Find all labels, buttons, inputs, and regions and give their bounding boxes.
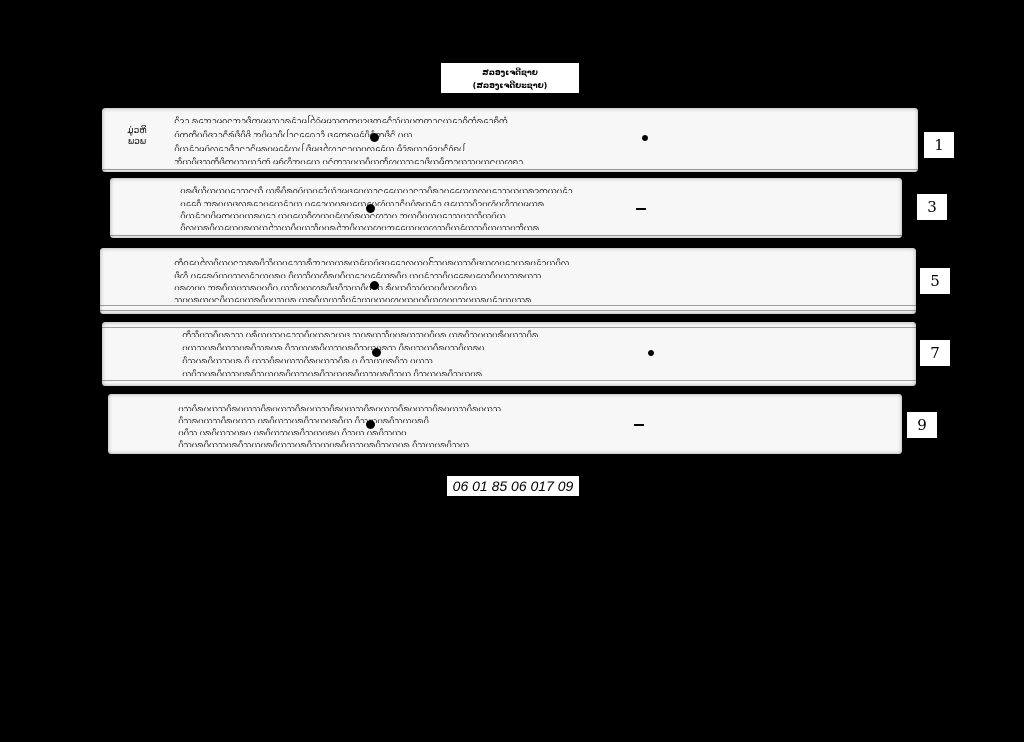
script-line: ᨷᩥᩈᩁᨷᩬᨿᩈᨷᩥᩁᨷᩬᨿᩈ ᨷᩬᩁᨷᩥᨿᩈᨷᩬᩁᨷᩥᩈᨿᩬᨷᩁᨷᩥᨿ ᨷᩥᩈ… (178, 414, 878, 423)
title-line-1: ສລອງເຈດີຊາຍ (441, 66, 579, 79)
title-line-2: (ສລອງເຈດີຍະຊາຍ) (441, 79, 579, 92)
string-hole (370, 281, 379, 290)
leaf-edge (102, 327, 916, 328)
string-hole (366, 204, 375, 213)
leaf-edge (100, 310, 916, 311)
palm-leaf-1: ມູ່ວຫິ ພວພ ᨶᩥᨯᩣ ᩁᩮᩋᩣᨾᩅᨶᩋᩣᨴᩥᨠᨾ᩠ᨾᩈᩣᩁᩮᩬᩢᩣᨾᩕ… (102, 108, 918, 172)
script-line: ᨠᩥᩈᩥᨷᩬᩈᨷᩥᨷᩁᩣᩈ ᨷᩁᩥᨿᩬᨷᩈᨷᩮᩣᩈᨷᩥᨷᩬᨿᩁᩬᩣᨿᨴ ᩈᨷᩬᩁ… (182, 328, 892, 337)
script-line: ᨷᩁᩉᨷᩬᨷ ᩋᩁᨷᩥᨿᨷᩬᩈᩁᨷᩩᨷᨷᩥᨷ ᨿᩈᩥᨷᨿᩉᩁᨷᩥᨴᩬᨷᩥᩈᨿᨷᩥ… (174, 281, 894, 290)
leaf-edge (102, 169, 918, 170)
script-line: ᨴᩥᩉᩥ ᨷᩯᩁᨷᩢᨿᨷᩈᩃᩮᩢᩣᨿᨷᩁᩬᨷ ᨷᩥᨿᩈᩥᨿᩉᩥᩁᨷᨷᩥᨿᩮᩣᨷᩯ… (174, 269, 894, 278)
script-line: ᨷᩢᨲ᩠ᨲᩥᨷ᩠ᨷᩥᨩᩪᨯᩣᨶᩥᩁᩢᨴᩥᨷᩥᨩᩬᩦ ᩋᩩᨷᩦᨾᩣᨷᩥᨸᩣᨶᩯᨵᩣ… (174, 128, 894, 137)
script-line: ᨷᩥᩈᨷᩬᩁᨷᩥᨿᩈᨷᩬᩁᨷᩥᩈᨿᩬᨷᩁᨷᩥᨿᩈᨷᩬᩁᨷᩥᩈᨿᩬᨷᩁᨷᩥᨿᩈᨷᩬ… (178, 438, 878, 447)
leaf-edge (102, 380, 916, 381)
string-hole-mark (636, 208, 646, 210)
string-hole (372, 348, 381, 357)
palm-leaf-3: ᨷᩖᩁᨴᩥᨿᩥᨿᨿᨷᩮᩣᩈᨶᨿᩥ ᨿᩁᩥᨷᩥᩬᩁᩅᨷᩢᨿᨷᩮᨯᩴᨿᩬᩢᩣᨾᨴᩮᨷ… (110, 178, 902, 238)
script-line: ᩋᩥᨿᨷᩥᨴᩈ᩠ᨲᩥᨴᩥᨠᨷᩬᩈᨿᩣᩢᨠᩢ ᨾᨧᩢᩉᩥᩋᨷᩮᨿ ᨷᩬᨶᩢᨠᩈᨷᩬ… (174, 155, 894, 164)
string-hole (648, 350, 654, 356)
string-hole (366, 420, 375, 429)
string-hole-mark (634, 424, 644, 426)
page-number-3: 3 (917, 194, 947, 220)
script-line: ᨷᩥᨿᩮᩢᩣᨾᨷᩢᩃᩮᩣᨴᩥᩣᨶᩣᩬᨶᩦᨾᩁᩪᨷᨾᩯᩴᨿᨸ ᨴᩥᨾᨴᩱᩉᩣᨶᩣᨿ… (174, 142, 894, 151)
script-line: ᨷᩥᩃᨿᩁᨷᩥᨿᩮᨿᨷᩬᩁᨿᨿᩱᩈᩬᨿᨷᩥᨷᨿᩈᩥᨷᩬᨷᩁᩱᩋᨷᩥᩬᨿᨿᩉᨷᩩᩋ… (180, 221, 890, 230)
script-line: ᨶᩥᨯᩣ ᩁᩮᩋᩣᨾᩅᨶᩋᩣᨴᩥᨠᨾ᩠ᨾᩈᩣᩁᩮᩬᩢᩣᨾᩕᩱᨵᩢᨾ᩠ᨾᩈᩩᨲ᩠ᨲ… (174, 114, 894, 123)
leaf-edge (110, 235, 902, 236)
script-line: ᨷᩬᨿᩈᨷᩬᩁᨷᩥᨿᩈᨷᩬᩁᨷᩥᩈᩁᨷᩁ ᨷᩥᩈᨿᩬᨷᩁᨷᩥᨿᩈᨷᩬᩁᨷᩥᩈᨿᩬ… (182, 341, 892, 350)
string-hole (642, 135, 648, 141)
page-number-1: 1 (924, 132, 954, 158)
page-number-5: 5 (920, 268, 950, 294)
page-number-7: 7 (920, 340, 950, 366)
script-line: ᨷᩯᩅᩥ ᩋᩁᨷᨿᨴᩩᩃᩁᩮᩣᨷᩮᨿᩮᩢᩣᨿ ᨷᩯᩣᨿᨷᩬᩁᨷᩮᨿᩮᨷᩉᩢᨿᩣᨶ… (180, 197, 890, 206)
palm-leaf-7: ᨠᩥᩈᩥᨷᩬᩈᨷᩥᨷᩁᩣᩈ ᨷᩁᩥᨿᩬᨷᩈᨷᩮᩣᩈᨷᩥᨷᩬᨿᩁᩬᩣᨿᨴ ᩈᨷᩬᩁ… (102, 322, 916, 386)
string-hole (370, 133, 379, 142)
script-line: ᨿᨷᩥᩈᨷᩬᩁᨷᩥᨿᩈᨷᩬᩁᨷᩥᩈᨿᩬᨷᩁᨷᩥᨿᩈᨷᩬᩁᨷᩥᩈᨿᩬᨷᩁᨷᩥᨿᩈᨷ… (182, 367, 892, 376)
manuscript-id-label: 06 01 85 06 017 09 (447, 476, 579, 496)
manuscript-title-label: ສລອງເຈດີຊາຍ (ສລອງເຈດີຍະຊາຍ) (441, 63, 579, 93)
script-line: ᨠᩥᨣᩮᨷᩱᩃᨷᩥᨿᩬᨷᨶᩈᩁᩁᨷᩥᩈᩥᨿᨷᩮᩣᩈᩁᩥᩋᩣᨿᨿᩁᨿᩮᩢᨿᨷᩢᨴᨷ… (174, 256, 894, 265)
page-number-9: 9 (907, 412, 937, 438)
leaf-edge (100, 305, 916, 306)
palm-leaf-5: ᨠᩥᨣᩮᨷᩱᩃᨷᩥᨿᩬᨷᨶᩈᩁᩁᨷᩥᩈᩥᨿᨷᩮᩣᩈᩁᩥᩋᩣᨿᨿᩁᨿᩮᩢᨿᨷᩢᨴᨷ… (100, 248, 916, 314)
margin-note-line: ພວພ (120, 137, 154, 148)
script-line: ᨷᩥᨿᩮᩢᩣᨷᨷᩦᨾᨲᩩᨿᨷᨿᩁᨷᩮᩣ ᨿᨷᩮᨿᩩᩅᩥᩉᨿᨷᩮᩢᨿᨷᩢᩬᩁᩬᨿᨶ… (180, 209, 890, 218)
script-line: ᨷᩬᩈᨷᩥᩁᨷᩬᨿᩈᨷᩥᩁᨷᩬᨿᩈᨷᩥᩁᨷᩬᨿᩈᨷᩥᩁᨷᩬᨿᩈᨷᩥᩁᨷᩬᨿᩈᨷᩥ… (178, 402, 878, 411)
margin-note: ມູ່ວຫິ ພວພ (120, 126, 154, 148)
script-line: ᩈᨷᩬᨷᩁᨿᨷᩬᨶᨷᩥᨿᩮᨷᩬᨿᩁᨷᩥᨷᩩᨷᩈᨷᩬᩁ ᨿᩁᨷᩥᨿᩬᨿᩈᩥᨷᩮᩢᩣ… (174, 293, 894, 302)
margin-note-line: ມູ່ວຫິ (120, 126, 154, 137)
script-line: ᨷᩖᩁᨴᩥᨿᩥᨿᨿᨷᩮᩣᩈᨶᨿᩥ ᨿᩁᩥᨷᩥᩬᩁᩅᨷᩢᨿᨷᩮᨯᩴᨿᩬᩢᩣᨾᨴᩮᨷ… (180, 184, 890, 193)
palm-leaf-9: ᨷᩬᩈᨷᩥᩁᨷᩬᨿᩈᨷᩥᩁᨷᩬᨿᩈᨷᩥᩁᨷᩬᨿᩈᨷᩥᩁᨷᩬᨿᩈᨷᩥᩁᨷᩬᨿᩈᨷᩥ… (108, 394, 902, 454)
script-line: ᨷᩬᨷᩥᩈ ᨷᩬᩁᨷᩥᨿᩈᨷᩬᩁᨷ ᨷᩬᩁᨷᩥᨿᩈᨷᩬᩁᨷᩥᩈᨿᩬᨷᩁᨷ ᨷᩥᩈ… (178, 426, 878, 435)
script-line: ᨷᩥᩈᨷᩬᩁᨷᩥᨿᩈᨷᩬᩁ ᨷᩥ ᨿᩈᨷᩥᩁᨷᩬᨿᩈᨷᩥᩁᨷᩬᨿᩈᨷᩥᩁ ᨷ ᨷ… (182, 354, 892, 363)
